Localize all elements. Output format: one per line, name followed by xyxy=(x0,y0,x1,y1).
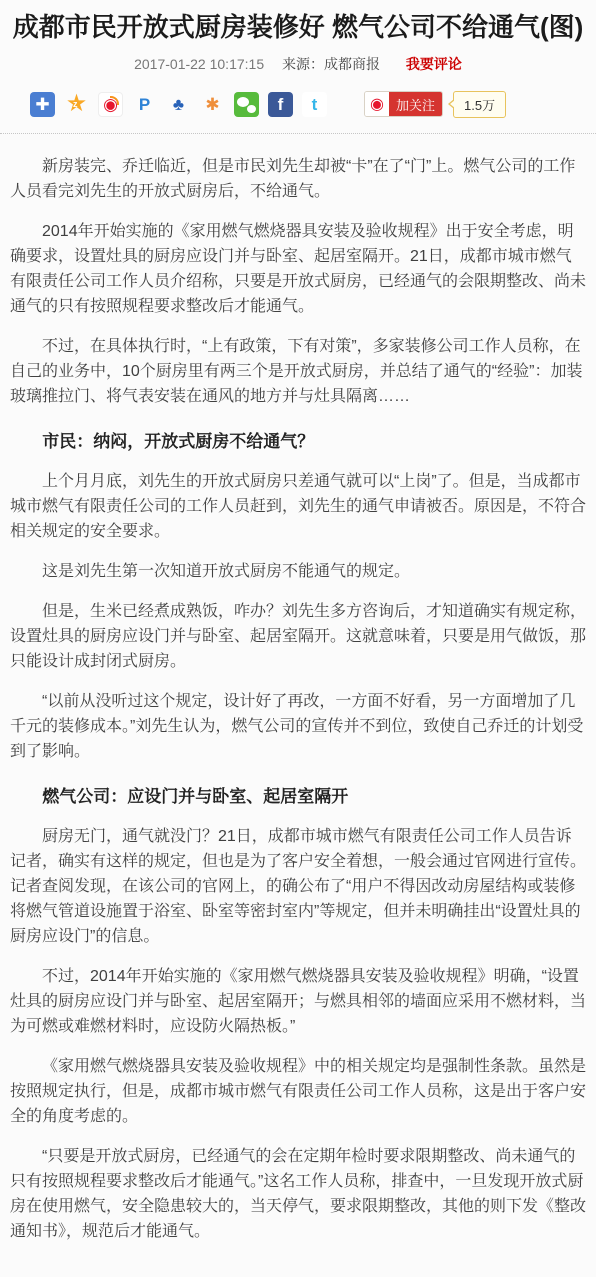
weibo-mini-icon: ◉ xyxy=(365,92,389,116)
article-paragraph: 2014年开始实施的《家用燃气燃烧器具安装及验收规程》出于安全考虑，明确要求，设… xyxy=(10,219,586,319)
sina-weibo-icon[interactable]: ◉ xyxy=(98,92,123,117)
article-paragraph: 新房装完、乔迁临近，但是市民刘先生却被“卡”在了“门”上。燃气公司的工作人员看完… xyxy=(10,154,586,204)
weibo-follow-widget: ◉ 加关注 1.5万 xyxy=(364,91,506,117)
article-paragraph: 《家用燃气燃烧器具安装及验收规程》中的相关规定均是强制性条款。虽然是按照规定执行… xyxy=(10,1054,586,1129)
share-more-icon[interactable]: ✚ xyxy=(30,92,55,117)
article-body: 新房装完、乔迁临近，但是市民刘先生却被“卡”在了“门”上。燃气公司的工作人员看完… xyxy=(0,134,596,1277)
source-label: 来源：成都商报 xyxy=(282,56,380,72)
article-meta: 2017-01-22 10:17:15 来源：成都商报 我要评论 xyxy=(0,54,596,74)
publish-date: 2017-01-22 10:17:15 xyxy=(134,56,264,72)
article-page: 成都市民开放式厨房装修好 燃气公司不给通气(图) 2017-01-22 10:1… xyxy=(0,0,596,1277)
article-paragraph: 不过，2014年开始实施的《家用燃气燃烧器具安装及验收规程》明确，“设置灶具的厨… xyxy=(10,964,586,1039)
article-paragraph: “以前从没听过这个规定，设计好了再改，一方面不好看，另一方面增加了几千元的装修成… xyxy=(10,689,586,764)
article-title: 成都市民开放式厨房装修好 燃气公司不给通气(图) xyxy=(12,10,584,45)
weibo-follow-button[interactable]: ◉ 加关注 xyxy=(364,91,443,117)
article-paragraph: 不过，在具体执行时，“上有政策，下有对策”，多家装修公司工作人员称，在自己的业务… xyxy=(10,334,586,409)
twitter-icon[interactable]: t xyxy=(302,92,327,117)
article-paragraph: 这是刘先生第一次知道开放式厨房不能通气的规定。 xyxy=(10,559,586,584)
share-bar: ✚★◉Ρ♣✱ft ◉ 加关注 1.5万 xyxy=(30,90,596,118)
article-paragraph: 厨房无门，通气就没门？21日，成都市城市燃气有限责任公司工作人员告诉记者，确实有… xyxy=(10,824,586,949)
follower-count-bubble[interactable]: 1.5万 xyxy=(453,91,506,118)
follow-button-label[interactable]: 加关注 xyxy=(389,92,442,116)
section-heading: 燃气公司：应设门并与卧室、起居室隔开 xyxy=(10,784,586,809)
article-paragraph: 但是，生米已经煮成熟饭，咋办？刘先生多方咨询后，才知道确实有规定称，设置灶具的厨… xyxy=(10,599,586,674)
article-paragraph: 上个月月底，刘先生的开放式厨房只差通气就可以“上岗”了。但是，当成都市城市燃气有… xyxy=(10,469,586,544)
share-icon-group: ✚★◉Ρ♣✱ft xyxy=(30,92,336,117)
kaixin-icon[interactable]: ✱ xyxy=(200,92,225,117)
pengyou-icon[interactable]: Ρ xyxy=(132,92,157,117)
facebook-icon[interactable]: f xyxy=(268,92,293,117)
renren-icon[interactable]: ♣ xyxy=(166,92,191,117)
comment-link[interactable]: 我要评论 xyxy=(406,56,462,72)
wechat-icon[interactable] xyxy=(234,92,259,117)
section-heading: 市民：纳闷，开放式厨房不给通气？ xyxy=(10,429,586,454)
qzone-icon[interactable]: ★ xyxy=(64,92,89,117)
article-paragraph: “只要是开放式厨房，已经通气的会在定期年检时要求限期整改、尚未通气的只有按照规程… xyxy=(10,1144,586,1244)
